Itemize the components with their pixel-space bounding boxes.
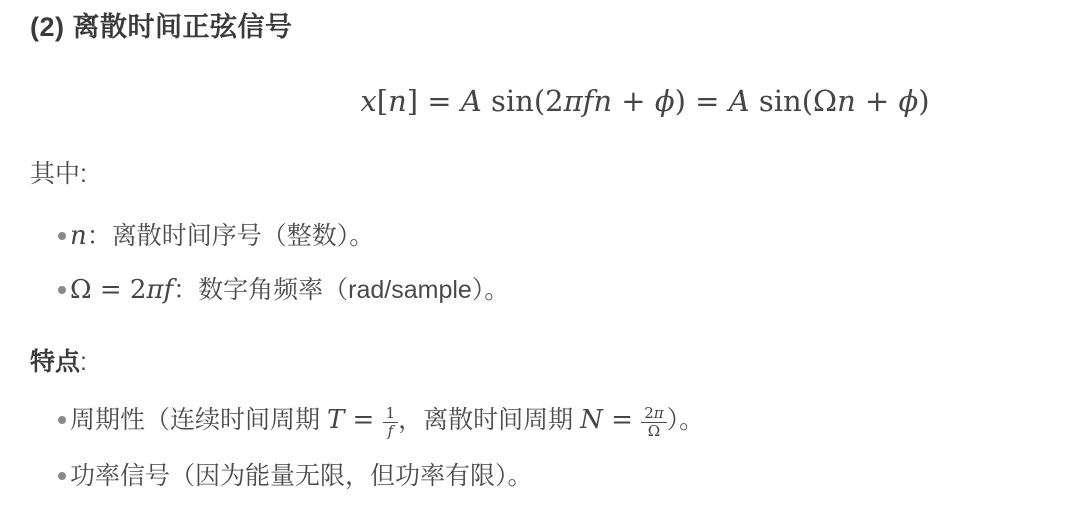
formula-plus2: + — [856, 84, 899, 118]
bullet-icon — [58, 232, 66, 240]
math-N: N — [580, 405, 603, 435]
math-pi-f: πf — [146, 275, 173, 305]
section-heading: (2) 离散时间正弦信号 — [30, 12, 1080, 43]
bullet-icon — [58, 286, 66, 294]
formula-var-x: x — [360, 84, 376, 118]
bullet-icon — [58, 416, 66, 424]
math-n: n — [70, 221, 87, 251]
formula-rbracket-equals: ] = — [407, 84, 461, 118]
fraction-denominator: f — [383, 422, 399, 440]
intro-label: 其中: — [30, 156, 1080, 192]
num-pi: π — [654, 404, 664, 422]
formula-sin-omega: sin(Ω — [750, 84, 837, 118]
periodicity-text-2: ，离散时间周期 — [398, 406, 580, 434]
list-item-n-definition: n：离散时间序号（整数）。 — [30, 218, 1080, 254]
features-heading: 特点: — [30, 344, 1080, 380]
bullet-icon — [58, 472, 66, 480]
fraction-denominator: Ω — [641, 422, 666, 440]
formula-plus: + — [612, 84, 655, 118]
math-equals-1: = — [344, 405, 382, 435]
num-2: 2 — [644, 404, 654, 422]
list-item-power-signal: 功率信号（因为能量无限，但功率有限）。 — [30, 458, 1080, 494]
features-list: 周期性（连续时间周期 T = 1f，离散时间周期 N = 2πΩ）。 功率信号（… — [30, 402, 1080, 495]
omega-definition-text: ：数字角频率（rad/sample）。 — [173, 276, 509, 304]
list-item-periodicity: 周期性（连续时间周期 T = 1f，离散时间周期 N = 2πΩ）。 — [30, 402, 1080, 441]
formula-phi: ϕ — [655, 84, 675, 118]
math-T: T — [327, 405, 344, 435]
formula-lbracket: [ — [377, 84, 388, 118]
features-label: 特点 — [30, 348, 80, 376]
symbol-definition-list: n：离散时间序号（整数）。 Ω = 2πf：数字角频率（rad/sample）。 — [30, 218, 1080, 308]
formula-sin-open: sin(2 — [482, 84, 564, 118]
formula-var-A: A — [461, 84, 482, 118]
features-colon: : — [80, 348, 87, 376]
formula-pi-f-n: πfn — [564, 84, 612, 118]
fraction-1-over-f: 1f — [383, 405, 399, 441]
formula-close-equals: ) = — [675, 84, 729, 118]
formula-var-n: n — [388, 84, 407, 118]
math-equals-2: = — [603, 405, 641, 435]
periodicity-text-3: ）。 — [667, 406, 705, 434]
power-signal-text: 功率信号（因为能量无限，但功率有限）。 — [70, 462, 533, 490]
display-formula: x[n] = A sin(2πfn + ϕ) = A sin(Ωn + ϕ) — [30, 80, 1080, 124]
fraction-numerator: 1 — [383, 405, 399, 422]
formula-close-paren: ) — [918, 84, 929, 118]
math-omega-equals: Ω = 2 — [70, 275, 146, 305]
formula-var-A2: A — [729, 84, 750, 118]
list-item-omega-definition: Ω = 2πf：数字角频率（rad/sample）。 — [30, 272, 1080, 308]
fraction-numerator: 2π — [641, 405, 666, 422]
periodicity-text-1: 周期性（连续时间周期 — [70, 406, 327, 434]
formula-phi2: ϕ — [899, 84, 919, 118]
formula-var-n2: n — [837, 84, 856, 118]
fraction-2pi-over-omega: 2πΩ — [641, 405, 666, 441]
n-definition-text: ：离散时间序号（整数）。 — [87, 222, 375, 250]
